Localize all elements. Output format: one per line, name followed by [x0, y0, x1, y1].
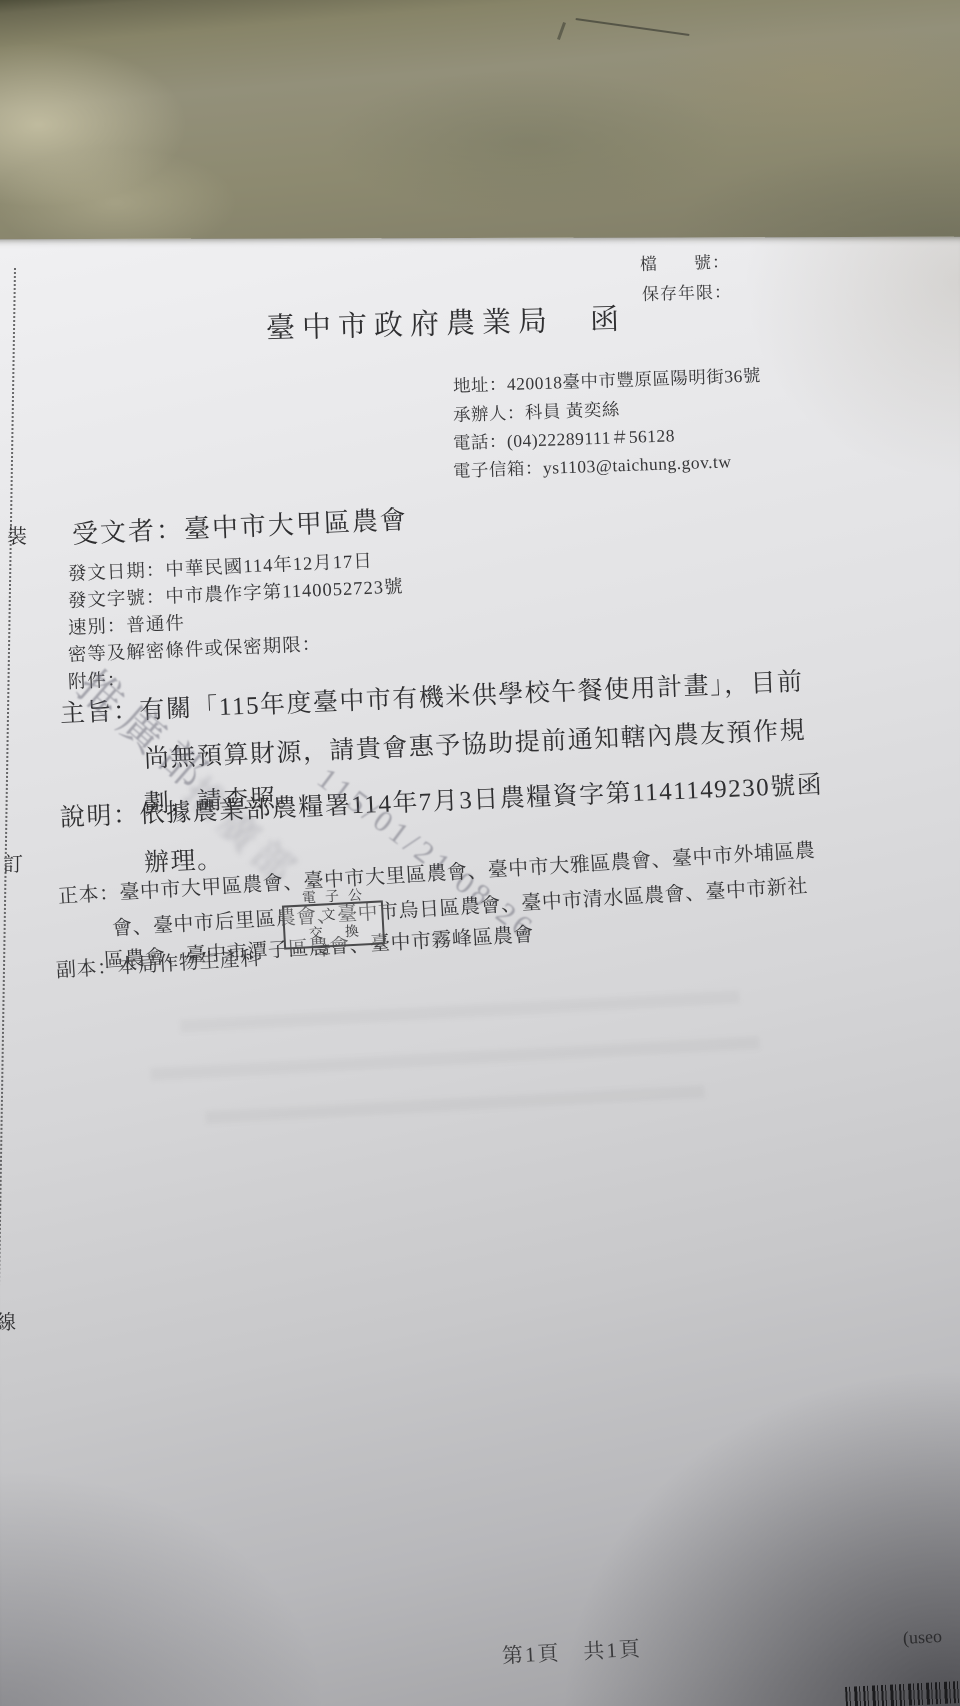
photo-of-document: { "scene": { "table_color": "#8d8a70", "… — [0, 0, 960, 1706]
file-number-label: 檔 號： — [640, 248, 731, 280]
original-label: 正本： — [57, 882, 120, 908]
exchange-stamp-line-2: 交換章 — [285, 922, 384, 963]
binding-mark-ding: 訂 — [3, 848, 23, 877]
copy-label: 副本： — [55, 956, 118, 982]
binding-mark-xian: 線 — [0, 1306, 16, 1335]
corner-print-text: (useo — [902, 1626, 942, 1649]
electronic-exchange-stamp: 電子公文 交換章 — [282, 900, 385, 949]
retention-period-label: 保存年限： — [642, 278, 733, 310]
table-surface — [0, 0, 960, 260]
binding-mark-zhuang: 裝 — [7, 520, 27, 549]
description-label: 說明： — [60, 802, 141, 832]
exchange-stamp-line-1: 電子公文 — [283, 887, 382, 928]
